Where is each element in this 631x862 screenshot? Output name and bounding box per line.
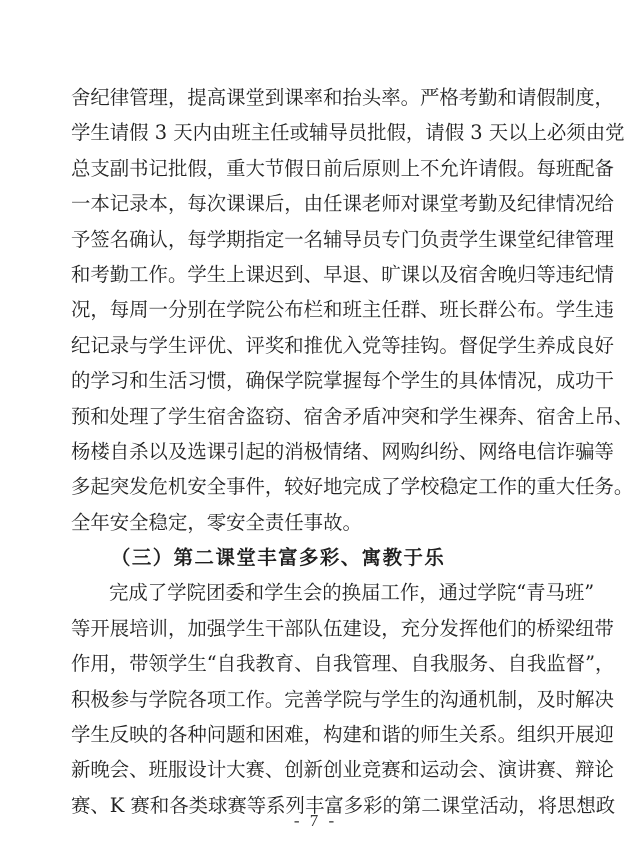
text-line: 等开展培训，加强学生干部队伍建设，充分发挥他们的桥梁纽带 xyxy=(71,611,569,646)
text-line: 全年安全稳定，零安全责任事故。 xyxy=(71,505,569,540)
text-line: 新晚会、班服设计大赛、创新创业竞赛和运动会、演讲赛、辩论 xyxy=(71,752,569,787)
text-line: 作用，带领学生“自我教育、自我管理、自我服务、自我监督”， xyxy=(71,646,569,681)
text-line: 杨楼自杀以及选课引起的消极情绪、网购纠纷、网络电信诈骗等 xyxy=(71,434,569,469)
section-heading: （三）第二课堂丰富多彩、寓教于乐 xyxy=(71,540,569,575)
text-line: 一本记录本，每次课课后，由任课老师对课堂考勤及纪律情况给 xyxy=(71,186,569,221)
text-line: 况，每周一分别在学院公布栏和班主任群、班长群公布。学生违 xyxy=(71,292,569,327)
page-number: - 7 - xyxy=(0,811,631,831)
document-page: 舍纪律管理，提高课堂到课率和抬头率。严格考勤和请假制度， 学生请假 3 天内由班… xyxy=(0,0,631,862)
text-line: 学生请假 3 天内由班主任或辅导员批假，请假 3 天以上必须由党 xyxy=(71,115,569,150)
text-line: 积极参与学院各项工作。完善学院与学生的沟通机制，及时解决 xyxy=(71,682,569,717)
text-line: 舍纪律管理，提高课堂到课率和抬头率。严格考勤和请假制度， xyxy=(71,80,569,115)
text-line: 的学习和生活习惯，确保学院掌握每个学生的具体情况，成功干 xyxy=(71,363,569,398)
text-line: 完成了学院团委和学生会的换届工作，通过学院“青马班” xyxy=(71,575,569,610)
document-body: 舍纪律管理，提高课堂到课率和抬头率。严格考勤和请假制度， 学生请假 3 天内由班… xyxy=(71,80,569,823)
text-line: 多起突发危机安全事件，较好地完成了学校稳定工作的重大任务。 xyxy=(71,469,569,504)
text-line: 和考勤工作。学生上课迟到、早退、旷课以及宿舍晚归等违纪情 xyxy=(71,257,569,292)
text-line: 予签名确认，每学期指定一名辅导员专门负责学生课堂纪律管理 xyxy=(71,222,569,257)
text-line: 学生反映的各种问题和困难，构建和谐的师生关系。组织开展迎 xyxy=(71,717,569,752)
text-line: 总支副书记批假，重大节假日前后原则上不允许请假。每班配备 xyxy=(71,151,569,186)
text-line: 纪记录与学生评优、评奖和推优入党等挂钩。督促学生养成良好 xyxy=(71,328,569,363)
text-line: 预和处理了学生宿舍盗窃、宿舍矛盾冲突和学生裸奔、宿舍上吊、 xyxy=(71,399,569,434)
